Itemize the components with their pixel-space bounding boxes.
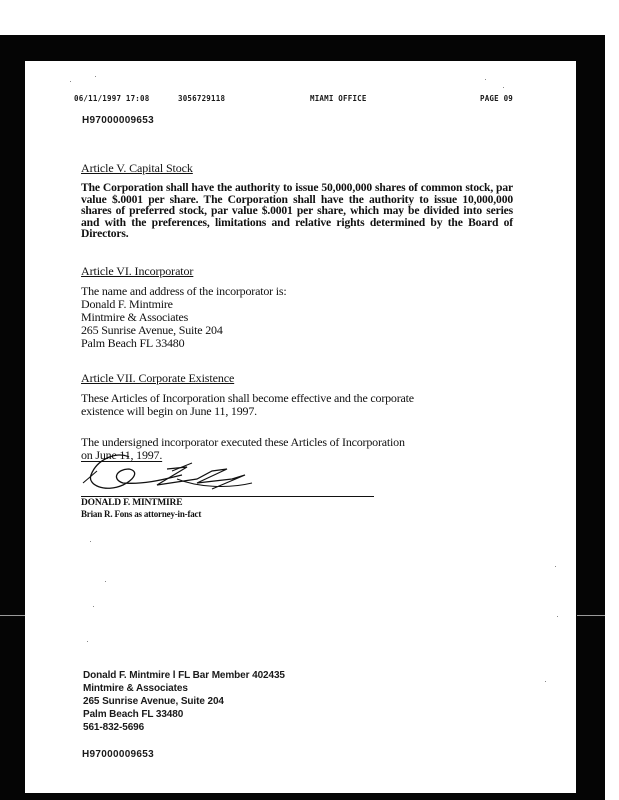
fax-date-time: 06/11/1997 17:08 [74,94,149,103]
article-vii-line-2: existence will begin on June 11, 1997. [81,405,513,418]
article-vii-body: These Articles of Incorporation shall be… [81,392,513,418]
document-page: 06/11/1997 17:08 3056729118 MIAMI OFFICE… [25,61,576,793]
signature-scribble-icon [77,449,277,499]
article-vi: Article VI. Incorporator The name and ad… [81,264,513,350]
signature-block: DONALD F. MINTMIRE Brian R. Fons as atto… [81,449,381,509]
article-v: Article V. Capital Stock The Corporation… [81,161,513,240]
signatory-capacity: Brian R. Fons as attorney-in-fact [81,509,201,519]
scan-artifact-line-left [0,615,25,616]
scan-speck [545,681,546,682]
scan-speck [95,76,96,77]
preparer-name: Donald F. Mintmire l FL Bar Member 40243… [83,669,285,682]
scan-speck [485,79,486,80]
article-v-body: The Corporation shall have the authority… [81,182,513,240]
scan-speck [70,81,71,82]
preparer-city: Palm Beach FL 33480 [83,708,285,721]
scan-speck [555,566,556,567]
scan-artifact-line-right [577,615,605,616]
article-vii: Article VII. Corporate Existence These A… [81,371,513,418]
preparer-contact-block: Donald F. Mintmire l FL Bar Member 40243… [83,669,285,734]
article-vii-heading: Article VII. Corporate Existence [81,371,513,386]
scan-speck [557,616,558,617]
scan-speck [87,641,88,642]
scan-speck [503,87,504,88]
fax-phone-number: 3056729118 [178,94,225,103]
fax-office-name: MIAMI OFFICE [310,94,367,103]
incorporator-details: The name and address of the incorporator… [81,285,513,350]
article-vi-heading: Article VI. Incorporator [81,264,513,279]
signature-line [81,496,374,497]
preparer-phone: 561-832-5696 [83,721,285,734]
scan-speck [90,541,91,542]
document-id-top: H97000009653 [82,115,154,126]
scan-speck [93,606,94,607]
article-v-heading: Article V. Capital Stock [81,161,513,176]
document-id-bottom: H97000009653 [82,749,154,760]
incorporator-city: Palm Beach FL 33480 [81,337,513,350]
scan-speck [105,581,106,582]
signatory-name: DONALD F. MINTMIRE [81,498,182,508]
preparer-street: 265 Sunrise Avenue, Suite 204 [83,695,285,708]
fax-page-number: PAGE 09 [480,94,513,103]
preparer-firm: Mintmire & Associates [83,682,285,695]
